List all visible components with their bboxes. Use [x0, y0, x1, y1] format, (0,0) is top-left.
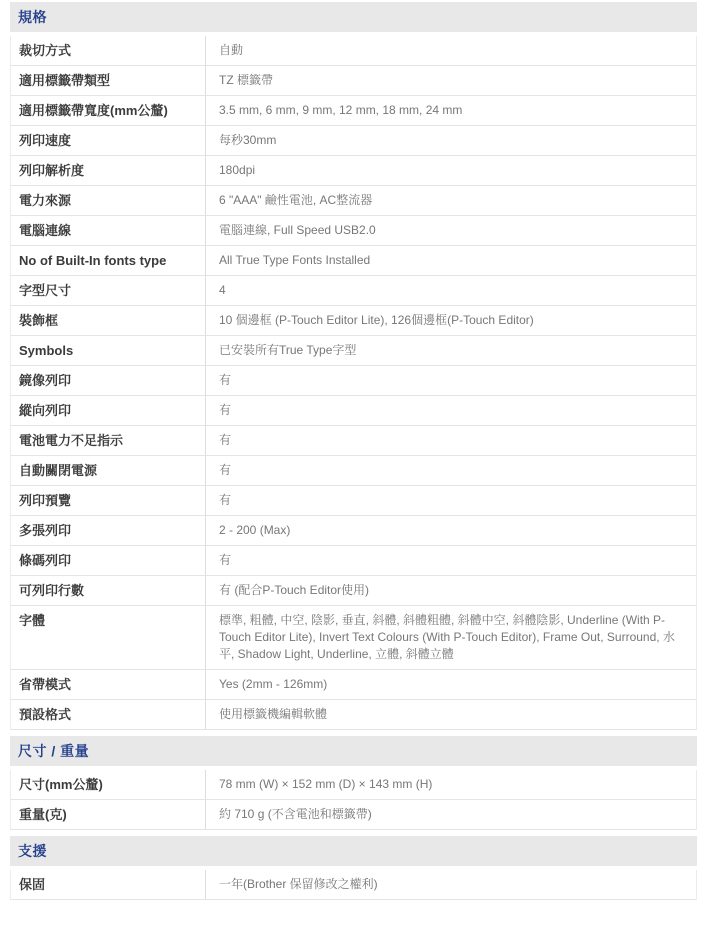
spec-section: 規格 裁切方式 自動 適用標籤帶類型 TZ 標籤帶 適用標籤帶寬度(mm公釐) … — [10, 2, 697, 730]
spec-label: 裁切方式 — [11, 36, 205, 65]
spec-label: 重量(克) — [11, 800, 205, 829]
spec-row: No of Built-In fonts type All True Type … — [11, 246, 696, 276]
spec-label: 列印解析度 — [11, 156, 205, 185]
spec-label: 尺寸(mm公釐) — [11, 770, 205, 799]
spec-value: All True Type Fonts Installed — [205, 246, 696, 275]
spec-row: 重量(克) 約 710 g (不含電池和標籤帶) — [11, 800, 696, 830]
spec-label: 縱向列印 — [11, 396, 205, 425]
section-header-bar: 規格 — [10, 2, 697, 32]
spec-row: 適用標籤帶類型 TZ 標籤帶 — [11, 66, 696, 96]
spec-value: 有 — [205, 486, 696, 515]
spec-label: 列印預覽 — [11, 486, 205, 515]
spec-label: 多張列印 — [11, 516, 205, 545]
spec-row: 裝飾框 10 個邊框 (P-Touch Editor Lite), 126個邊框… — [11, 306, 696, 336]
spec-label: 保固 — [11, 870, 205, 899]
spec-section: 尺寸 / 重量 尺寸(mm公釐) 78 mm (W) × 152 mm (D) … — [10, 736, 697, 830]
spec-value: 4 — [205, 276, 696, 305]
spec-label: 省帶模式 — [11, 670, 205, 699]
spec-value: 10 個邊框 (P-Touch Editor Lite), 126個邊框(P-T… — [205, 306, 696, 335]
spec-value: 約 710 g (不含電池和標籤帶) — [205, 800, 696, 829]
spec-value: 2 - 200 (Max) — [205, 516, 696, 545]
spec-label: 自動關閉電源 — [11, 456, 205, 485]
spec-value: 有 — [205, 366, 696, 395]
spec-row: Symbols 已安裝所有True Type字型 — [11, 336, 696, 366]
spec-row: 電腦連線 電腦連線, Full Speed USB2.0 — [11, 216, 696, 246]
spec-row: 省帶模式 Yes (2mm - 126mm) — [11, 670, 696, 700]
section-title: 規格 — [18, 10, 689, 24]
spec-row: 鏡像列印 有 — [11, 366, 696, 396]
spec-value: 已安裝所有True Type字型 — [205, 336, 696, 365]
spec-row: 可列印行數 有 (配合P-Touch Editor使用) — [11, 576, 696, 606]
spec-table: 尺寸(mm公釐) 78 mm (W) × 152 mm (D) × 143 mm… — [10, 770, 697, 830]
spec-row: 適用標籤帶寬度(mm公釐) 3.5 mm, 6 mm, 9 mm, 12 mm,… — [11, 96, 696, 126]
spec-label: 列印速度 — [11, 126, 205, 155]
spec-label: 字體 — [11, 606, 205, 669]
spec-label: 可列印行數 — [11, 576, 205, 605]
spec-label: Symbols — [11, 336, 205, 365]
spec-row: 列印解析度 180dpi — [11, 156, 696, 186]
spec-row: 尺寸(mm公釐) 78 mm (W) × 152 mm (D) × 143 mm… — [11, 770, 696, 800]
spec-table: 裁切方式 自動 適用標籤帶類型 TZ 標籤帶 適用標籤帶寬度(mm公釐) 3.5… — [10, 36, 697, 730]
spec-value: 3.5 mm, 6 mm, 9 mm, 12 mm, 18 mm, 24 mm — [205, 96, 696, 125]
spec-value: 有 — [205, 546, 696, 575]
section-title: 支援 — [18, 844, 689, 858]
spec-label: 預設格式 — [11, 700, 205, 729]
spec-value: 標準, 粗體, 中空, 陰影, 垂直, 斜體, 斜體粗體, 斜體中空, 斜體陰影… — [205, 606, 696, 669]
spec-value: 78 mm (W) × 152 mm (D) × 143 mm (H) — [205, 770, 696, 799]
spec-value: 自動 — [205, 36, 696, 65]
spec-row: 列印預覽 有 — [11, 486, 696, 516]
spec-row: 預設格式 使用標籤機編輯軟體 — [11, 700, 696, 730]
spec-label: 裝飾框 — [11, 306, 205, 335]
spec-label: 電腦連線 — [11, 216, 205, 245]
spec-value: 每秒30mm — [205, 126, 696, 155]
spec-label: 電池電力不足指示 — [11, 426, 205, 455]
spec-value: 有 (配合P-Touch Editor使用) — [205, 576, 696, 605]
spec-row: 電池電力不足指示 有 — [11, 426, 696, 456]
spec-table: 保固 一年(Brother 保留修改之權利) — [10, 870, 697, 900]
spec-row: 字體 標準, 粗體, 中空, 陰影, 垂直, 斜體, 斜體粗體, 斜體中空, 斜… — [11, 606, 696, 670]
spec-value: 一年(Brother 保留修改之權利) — [205, 870, 696, 899]
spec-value: Yes (2mm - 126mm) — [205, 670, 696, 699]
spec-row: 條碼列印 有 — [11, 546, 696, 576]
spec-row: 自動關閉電源 有 — [11, 456, 696, 486]
spec-row: 列印速度 每秒30mm — [11, 126, 696, 156]
spec-row: 多張列印 2 - 200 (Max) — [11, 516, 696, 546]
spec-row: 電力來源 6 "AAA" 鹼性電池, AC整流器 — [11, 186, 696, 216]
spec-value: 有 — [205, 396, 696, 425]
spec-value: 使用標籤機編輯軟體 — [205, 700, 696, 729]
spec-label: 適用標籤帶寬度(mm公釐) — [11, 96, 205, 125]
spec-value: 6 "AAA" 鹼性電池, AC整流器 — [205, 186, 696, 215]
spec-section: 支援 保固 一年(Brother 保留修改之權利) — [10, 836, 697, 900]
spec-label: 字型尺寸 — [11, 276, 205, 305]
spec-label: 電力來源 — [11, 186, 205, 215]
spec-label: 鏡像列印 — [11, 366, 205, 395]
spec-row: 縱向列印 有 — [11, 396, 696, 426]
spec-row: 字型尺寸 4 — [11, 276, 696, 306]
spec-row: 保固 一年(Brother 保留修改之權利) — [11, 870, 696, 900]
section-header-bar: 尺寸 / 重量 — [10, 736, 697, 766]
spec-value: 180dpi — [205, 156, 696, 185]
section-title: 尺寸 / 重量 — [18, 744, 689, 758]
section-header-bar: 支援 — [10, 836, 697, 866]
spec-value: 有 — [205, 456, 696, 485]
spec-value: 有 — [205, 426, 696, 455]
spec-value: TZ 標籤帶 — [205, 66, 696, 95]
spec-label: No of Built-In fonts type — [11, 246, 205, 275]
spec-page: 規格 裁切方式 自動 適用標籤帶類型 TZ 標籤帶 適用標籤帶寬度(mm公釐) … — [0, 0, 710, 900]
spec-label: 適用標籤帶類型 — [11, 66, 205, 95]
spec-value: 電腦連線, Full Speed USB2.0 — [205, 216, 696, 245]
spec-row: 裁切方式 自動 — [11, 36, 696, 66]
spec-label: 條碼列印 — [11, 546, 205, 575]
